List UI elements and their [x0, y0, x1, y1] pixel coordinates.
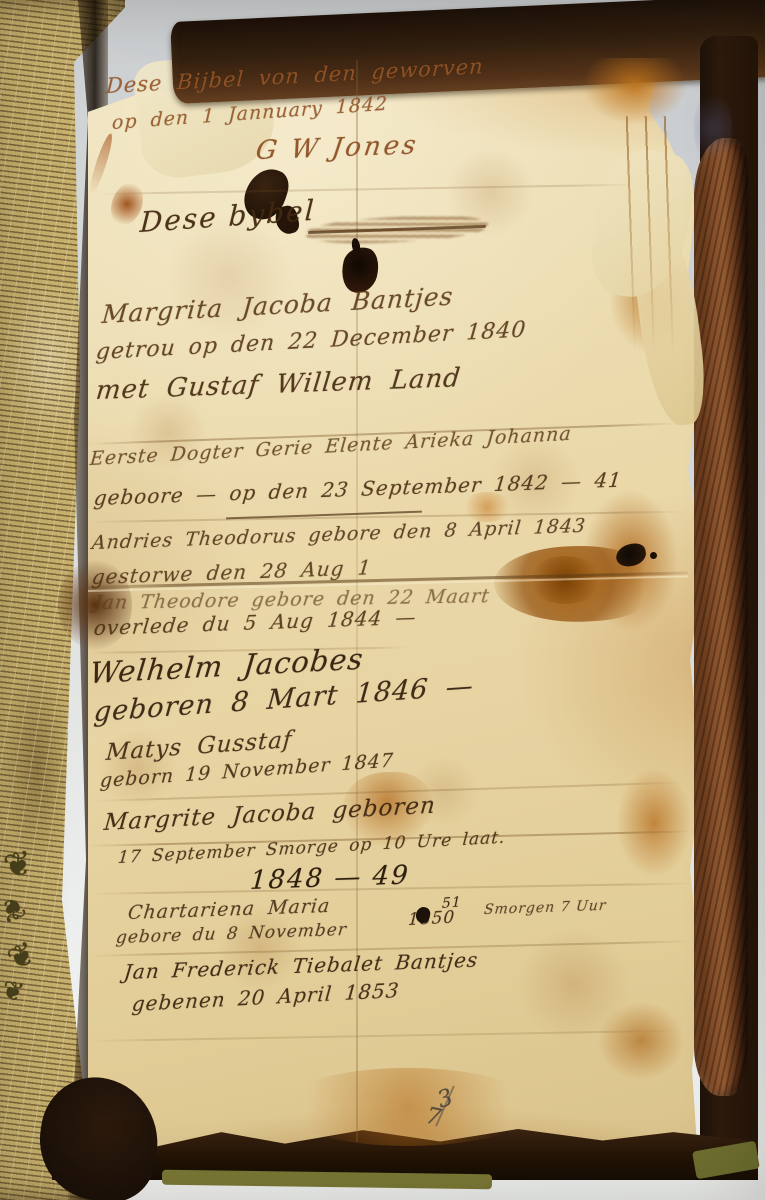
blue-smudge: [694, 88, 732, 168]
book-edge-gilt-bottom: [162, 1170, 492, 1190]
stain-drips: [626, 116, 678, 354]
ornament-glyph: ❦: [0, 842, 36, 887]
stain: [278, 1068, 538, 1146]
ornament-glyph: ❦: [0, 888, 30, 929]
presentation-signature: G W Jones: [254, 130, 421, 166]
photo-of-bible-endpaper: ❦ ❦ ❦ ❦ Dese Bijbel von den geworven op …: [0, 0, 765, 1200]
ink-speck: [650, 552, 657, 559]
ornament-glyph: ❦: [1, 933, 41, 979]
register-line: 1848 — 49: [249, 860, 411, 896]
woodcut-ornament: ❦ ❦ ❦ ❦: [0, 845, 52, 1015]
register-year-superscript: 51: [442, 894, 462, 912]
ornament-glyph: ❦: [0, 975, 27, 1009]
